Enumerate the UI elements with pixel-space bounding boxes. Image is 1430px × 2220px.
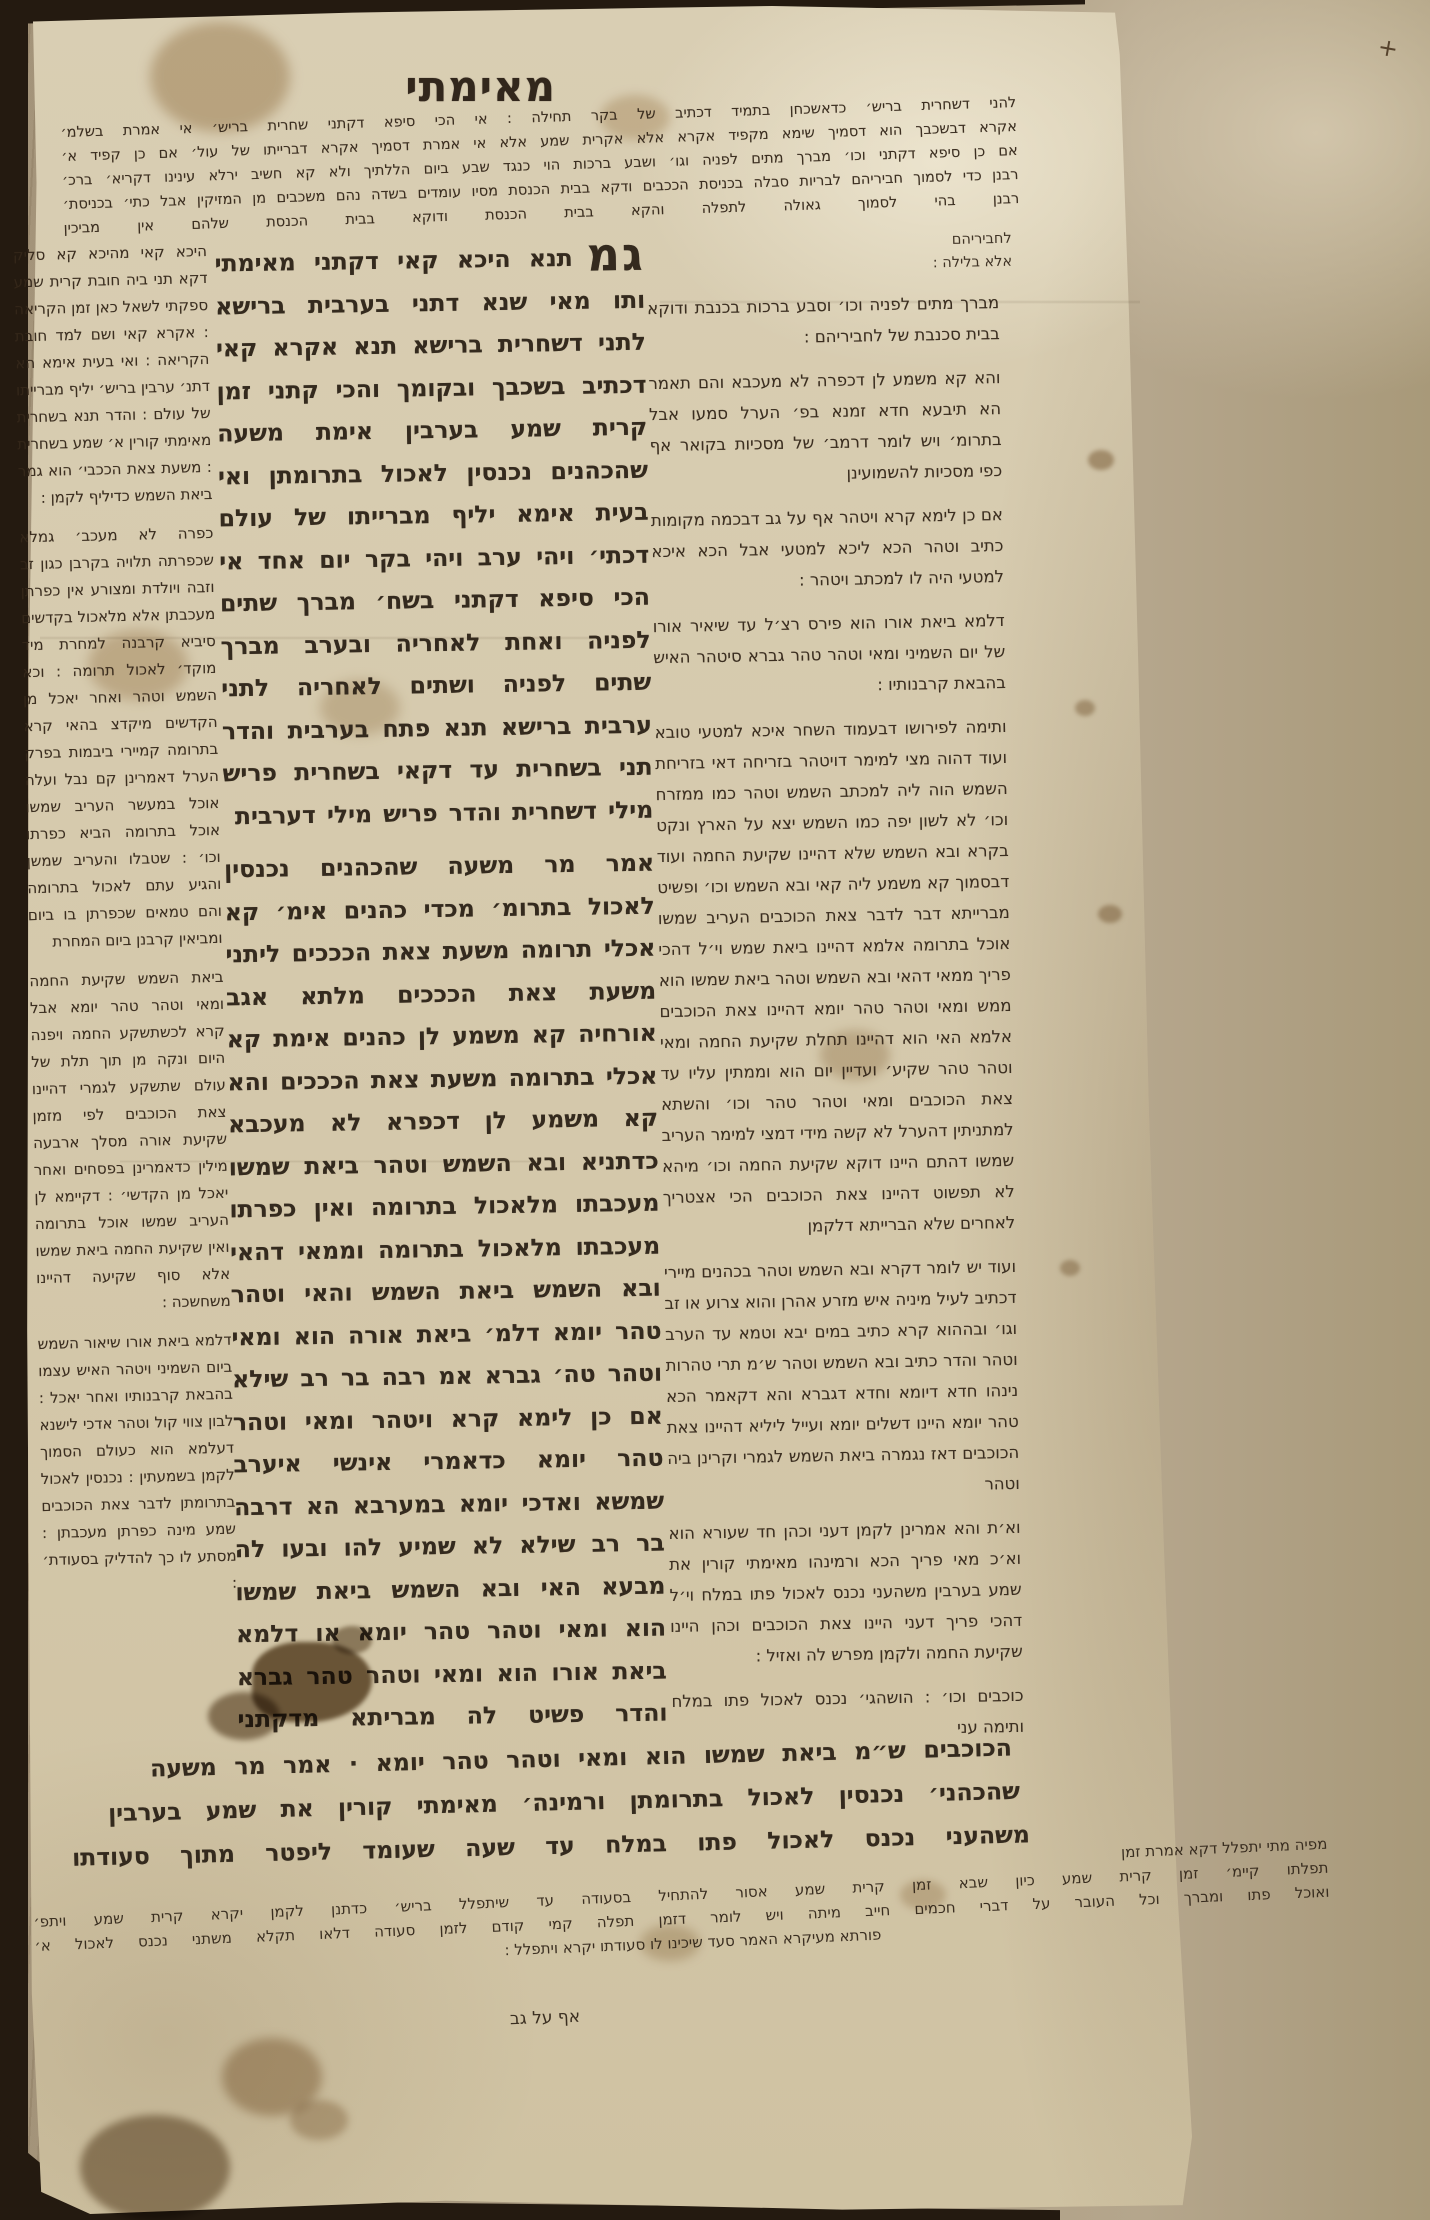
commentary-paragraph: אם כן לימא קרא ויטהר אף על גב דבכמה מקומ… <box>651 499 1005 598</box>
gemara-opening-abbreviation: גמ <box>586 233 645 282</box>
commentary-paragraph: מברך מתים לפניה וכו׳ וסבע ברכות בכנבת וד… <box>647 287 1000 355</box>
scanned-manuscript-page: + מאימתי להני דשחרית בריש׳ כדאשכחן בתמיד… <box>0 0 1430 2220</box>
commentary-paragraph: ותימה לפירושו דבעמוד השחר איכא למטעי טוב… <box>654 711 1015 1244</box>
commentary-paragraph: כפרה לא מעכב׳ גמלא שכפרתה תלויה בקרבן כג… <box>19 520 223 956</box>
commentary-paragraph: ועוד יש לומר דקרא ובא השמש וטהר בכהנים מ… <box>664 1251 1020 1505</box>
left-commentary-column: היכא קאי מהיכא קא סליק דקא תני ביה חובת … <box>13 238 242 1772</box>
gemara-paragraph: אמר מר משעה שהכהנים נכנסין לאכול בתרומ׳ … <box>224 842 668 1742</box>
gemara-column: גמתנא היכא קאי דקתני מאימתי ותו מאי שנא … <box>214 233 668 1742</box>
handwritten-cross-mark: + <box>1376 32 1401 63</box>
commentary-paragraph: והא קא משמע לן דכפרה לא מעכבא והם תאמר ה… <box>648 362 1002 492</box>
right-commentary-column: מברך מתים לפניה וכו׳ וסבע ברכות בכנבת וד… <box>647 287 1025 1793</box>
gemara-text-2: אמר מר משעה שהכהנים נכנסין לאכול בתרומ׳ … <box>224 849 668 1742</box>
commentary-paragraph: וא׳ת והא אמרינן לקמן דעני וכהן חד שעורא … <box>668 1512 1023 1673</box>
commentary-paragraph: ביאת השמש שקיעת החמה ומאי וטהר טהר יומא … <box>29 964 231 1319</box>
gemara-text-1: תנא היכא קאי דקתני מאימתי ותו מאי שנא דת… <box>214 244 653 830</box>
commentary-line: אלא בלילה : <box>790 251 1012 279</box>
tractate-opening-word: מאימתי <box>336 62 556 111</box>
gemara-paragraph: גמתנא היכא קאי דקתני מאימתי ותו מאי שנא … <box>214 233 653 838</box>
commentary-paragraph: דלמא ביאת אורו הוא פירס רצ׳ל עד שיאיר או… <box>652 605 1006 704</box>
commentary-paragraph: דלמא ביאת אורו שיאור השמש ביום השמיני וי… <box>37 1327 237 1601</box>
commentary-paragraph: היכא קאי מהיכא קא סליק דקא תני ביה חובת … <box>13 238 213 512</box>
top-commentary-stub: לחביריהםאלא בלילה : <box>789 228 1012 285</box>
